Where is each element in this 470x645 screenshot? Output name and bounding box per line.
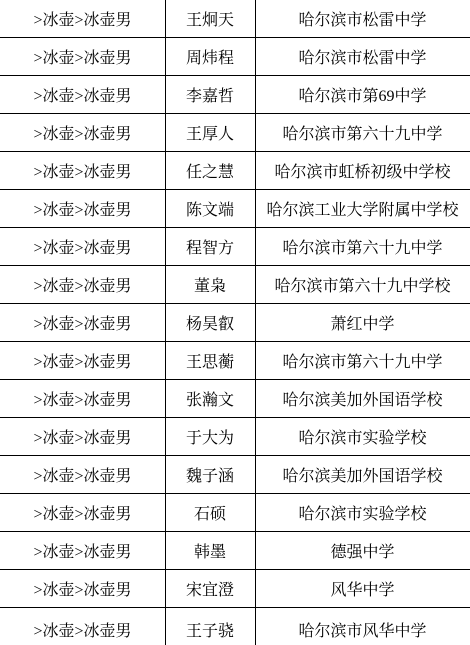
- school-cell: 哈尔滨市虹桥初级中学校: [255, 159, 470, 182]
- athlete-name-cell: 王思蘅: [165, 349, 255, 372]
- school-cell: 哈尔滨市第69中学: [255, 83, 470, 106]
- school-cell: 哈尔滨市松雷中学: [255, 45, 470, 68]
- school-cell: 德强中学: [255, 539, 470, 562]
- table-row: >冰壶>冰壶男 董枭 哈尔滨市第六十九中学校: [0, 266, 470, 304]
- athlete-name-cell: 韩墨: [165, 539, 255, 562]
- school-cell: 哈尔滨市第六十九中学校: [255, 273, 470, 296]
- school-cell: 哈尔滨工业大学附属中学校: [255, 197, 470, 220]
- table-row: >冰壶>冰壶男 于大为 哈尔滨市实验学校: [0, 418, 470, 456]
- athlete-name-cell: 石硕: [165, 501, 255, 524]
- athlete-name-cell: 于大为: [165, 425, 255, 448]
- table-row: >冰壶>冰壶男 王厚人 哈尔滨市第六十九中学: [0, 114, 470, 152]
- athlete-name-cell: 张瀚文: [165, 387, 255, 410]
- event-category-cell: >冰壶>冰壶男: [0, 45, 165, 68]
- table-row: >冰壶>冰壶男 任之慧 哈尔滨市虹桥初级中学校: [0, 152, 470, 190]
- event-category-cell: >冰壶>冰壶男: [0, 539, 165, 562]
- event-category-cell: >冰壶>冰壶男: [0, 463, 165, 486]
- table-row: >冰壶>冰壶男 李嘉哲 哈尔滨市第69中学: [0, 76, 470, 114]
- event-category-cell: >冰壶>冰壶男: [0, 387, 165, 410]
- athlete-name-cell: 王子骁: [165, 618, 255, 641]
- event-category-cell: >冰壶>冰壶男: [0, 618, 165, 641]
- athlete-name-cell: 王炯天: [165, 7, 255, 30]
- school-cell: 萧红中学: [255, 311, 470, 334]
- table-row: >冰壶>冰壶男 魏子涵 哈尔滨美加外国语学校: [0, 456, 470, 494]
- school-cell: 哈尔滨市第六十九中学: [255, 349, 470, 372]
- athlete-name-cell: 李嘉哲: [165, 83, 255, 106]
- table-row: >冰壶>冰壶男 杨昊叡 萧红中学: [0, 304, 470, 342]
- school-cell: 哈尔滨市风华中学: [255, 618, 470, 641]
- athlete-name-cell: 程智方: [165, 235, 255, 258]
- school-cell: 哈尔滨市第六十九中学: [255, 235, 470, 258]
- table-row: >冰壶>冰壶男 周炜程 哈尔滨市松雷中学: [0, 38, 470, 76]
- athlete-name-cell: 杨昊叡: [165, 311, 255, 334]
- event-category-cell: >冰壶>冰壶男: [0, 425, 165, 448]
- event-category-cell: >冰壶>冰壶男: [0, 273, 165, 296]
- event-category-cell: >冰壶>冰壶男: [0, 197, 165, 220]
- athlete-name-cell: 陈文端: [165, 197, 255, 220]
- school-cell: 哈尔滨市实验学校: [255, 501, 470, 524]
- table-row: >冰壶>冰壶男 陈文端 哈尔滨工业大学附属中学校: [0, 190, 470, 228]
- table-row: >冰壶>冰壶男 王炯天 哈尔滨市松雷中学: [0, 0, 470, 38]
- event-category-cell: >冰壶>冰壶男: [0, 311, 165, 334]
- event-category-cell: >冰壶>冰壶男: [0, 7, 165, 30]
- school-cell: 哈尔滨市第六十九中学: [255, 121, 470, 144]
- event-category-cell: >冰壶>冰壶男: [0, 577, 165, 600]
- event-category-cell: >冰壶>冰壶男: [0, 501, 165, 524]
- event-category-cell: >冰壶>冰壶男: [0, 121, 165, 144]
- table-row: >冰壶>冰壶男 宋宜澄 风华中学: [0, 570, 470, 608]
- table-row: >冰壶>冰壶男 王思蘅 哈尔滨市第六十九中学: [0, 342, 470, 380]
- table-row: >冰壶>冰壶男 韩墨 德强中学: [0, 532, 470, 570]
- athlete-name-cell: 宋宜澄: [165, 577, 255, 600]
- event-category-cell: >冰壶>冰壶男: [0, 83, 165, 106]
- column-divider-2: [255, 0, 256, 645]
- athlete-name-cell: 王厚人: [165, 121, 255, 144]
- school-cell: 哈尔滨美加外国语学校: [255, 387, 470, 410]
- event-category-cell: >冰壶>冰壶男: [0, 349, 165, 372]
- school-cell: 哈尔滨市松雷中学: [255, 7, 470, 30]
- athlete-name-cell: 任之慧: [165, 159, 255, 182]
- school-cell: 哈尔滨市实验学校: [255, 425, 470, 448]
- event-category-cell: >冰壶>冰壶男: [0, 235, 165, 258]
- event-category-cell: >冰壶>冰壶男: [0, 159, 165, 182]
- table-row: >冰壶>冰壶男 张瀚文 哈尔滨美加外国语学校: [0, 380, 470, 418]
- table-row: >冰壶>冰壶男 石硕 哈尔滨市实验学校: [0, 494, 470, 532]
- athlete-name-cell: 周炜程: [165, 45, 255, 68]
- school-cell: 风华中学: [255, 577, 470, 600]
- athlete-name-cell: 魏子涵: [165, 463, 255, 486]
- column-divider-1: [165, 0, 166, 645]
- table-row: >冰壶>冰壶男 王子骁 哈尔滨市风华中学: [0, 608, 470, 645]
- school-cell: 哈尔滨美加外国语学校: [255, 463, 470, 486]
- table-row: >冰壶>冰壶男 程智方 哈尔滨市第六十九中学: [0, 228, 470, 266]
- athlete-name-cell: 董枭: [165, 273, 255, 296]
- athlete-roster-table: >冰壶>冰壶男 王炯天 哈尔滨市松雷中学 >冰壶>冰壶男 周炜程 哈尔滨市松雷中…: [0, 0, 470, 645]
